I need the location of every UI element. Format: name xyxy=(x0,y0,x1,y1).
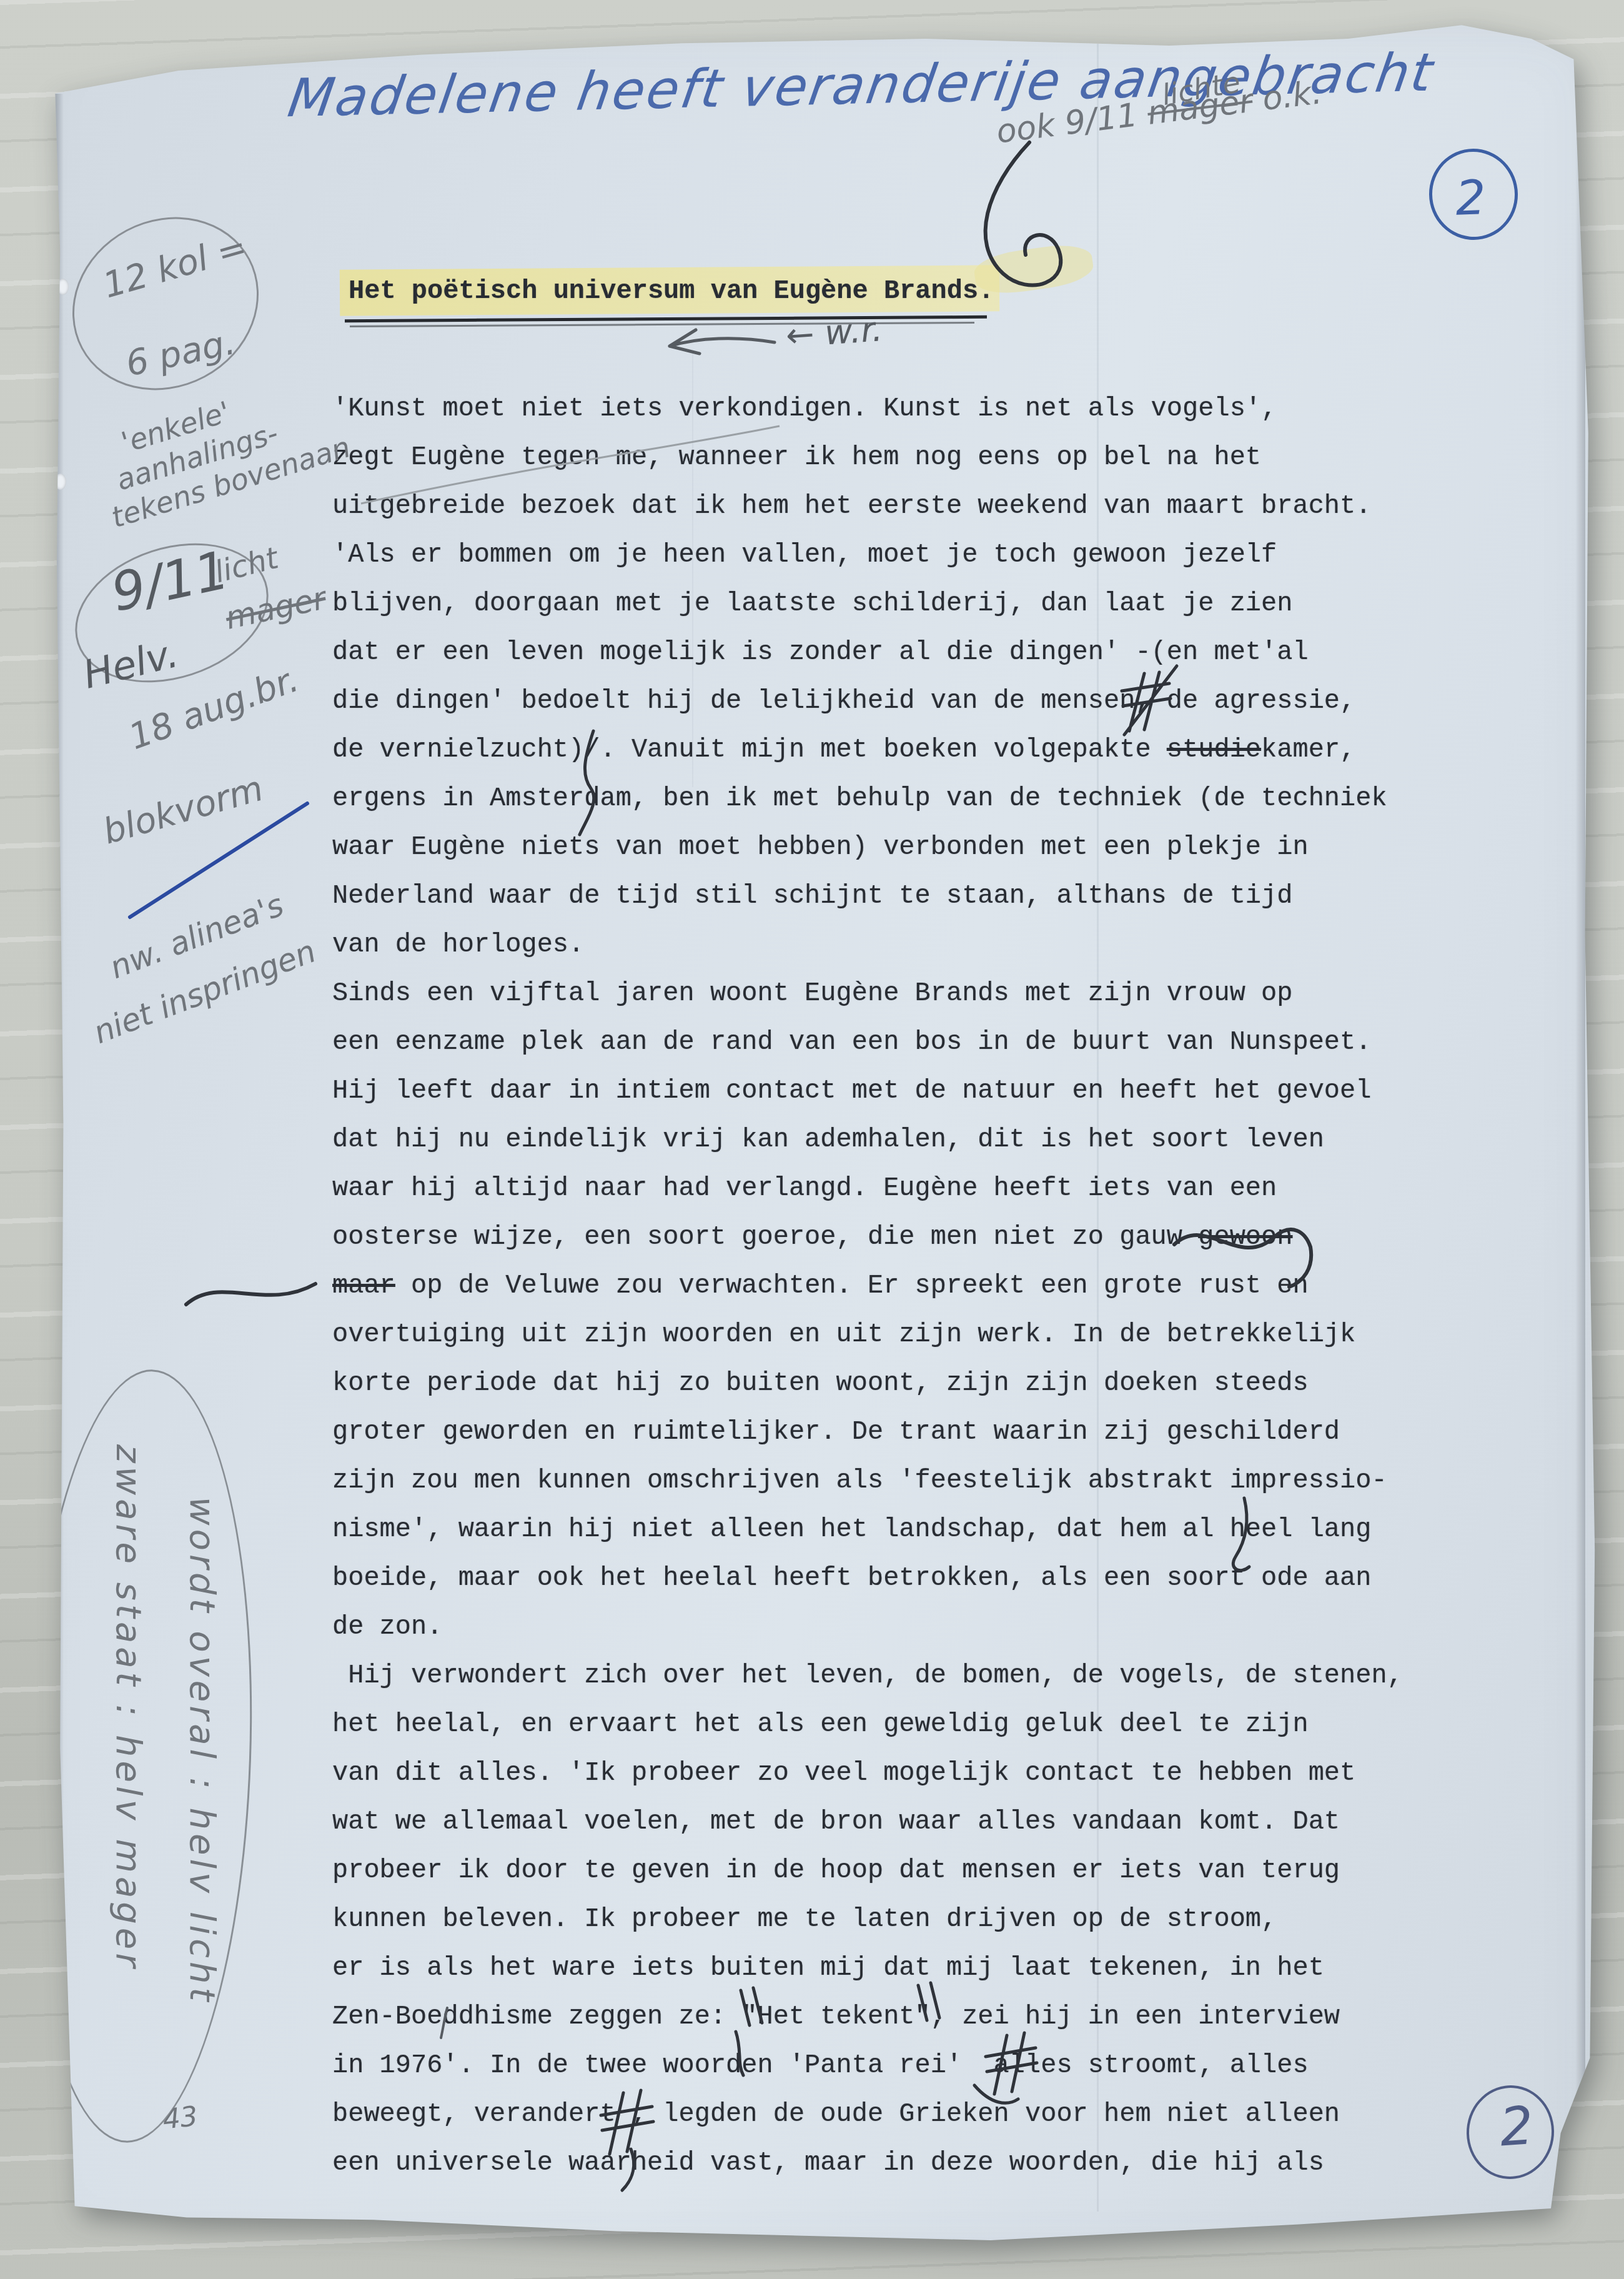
typed-line: kunnen beleven. Ik probeer me te laten d… xyxy=(332,1895,1403,1944)
margin-note-911: 9/11 xyxy=(106,539,234,623)
pencil-connector-line xyxy=(361,426,780,504)
typed-text: waar Eugène niets van moet hebben) verbo… xyxy=(332,832,1309,862)
margin-note-kol: 12 kol = xyxy=(99,227,252,307)
typed-line: Hij verwondert zich over het leven, de b… xyxy=(332,1651,1403,1700)
typed-text: beweegt, verandert , legden de oude Grie… xyxy=(332,2099,1340,2129)
wr-arrow xyxy=(670,330,775,354)
typed-line: de zon. xyxy=(332,1602,1403,1651)
typed-line: de vernielzucht)/. Vanuit mijn met boeke… xyxy=(332,725,1403,774)
typed-text: de zon. xyxy=(332,1612,442,1642)
typed-line: probeer ik door te geven in de hoop dat … xyxy=(332,1846,1403,1895)
typed-text: een universele waarheid vast, maar in de… xyxy=(332,2148,1324,2178)
typed-text: die dingen' bedoelt hij de lelijkheid va… xyxy=(332,686,1355,716)
pen-quotes-tekent xyxy=(736,1983,939,2075)
margin-note-licht: licht xyxy=(211,540,282,590)
typed-text: boeide, maar ook het heelal heeft betrok… xyxy=(332,1563,1371,1593)
typed-line: Zen-Boeddhisme zeggen ze: "Het tekent", … xyxy=(332,1992,1403,2041)
page-title: Het poëtisch universum van Eugène Brands… xyxy=(349,276,994,306)
typed-struck-word: studie xyxy=(1167,735,1261,765)
oval-annotation-outline xyxy=(14,1366,265,2147)
paper-sheet: Het poëtisch universum van Eugène Brands… xyxy=(0,0,1624,2279)
blue-line-blokvorm xyxy=(130,803,307,917)
typed-body: 'Kunst moet niet iets verkondigen. Kunst… xyxy=(332,384,1403,2187)
corner-number-43: 43 xyxy=(161,2100,199,2136)
typed-text: van dit alles. 'Ik probeer zo veel mogel… xyxy=(332,1758,1355,1788)
typed-struck-word: maar xyxy=(332,1271,395,1301)
typed-line: zegt Eugène tegen me, wanneer ik hem nog… xyxy=(332,433,1403,482)
typed-line: beweegt, verandert , legden de oude Grie… xyxy=(332,2090,1403,2138)
typed-line: uitgebreide bezoek dat ik hem het eerste… xyxy=(332,482,1403,530)
typed-line: er is als het ware iets buiten mij dat m… xyxy=(332,1944,1403,1992)
pen-mark-impressio xyxy=(1233,1498,1249,1571)
page-number-bottom: 2 xyxy=(1472,2079,1561,2173)
punch-hole xyxy=(55,474,66,490)
title-underline xyxy=(345,315,987,322)
pen-neq-line36 xyxy=(601,2090,653,2190)
nine11-ellipse xyxy=(57,520,286,706)
page-number-circle-bottom: 2 xyxy=(1463,2082,1557,2182)
typed-text: Zen-Boeddhisme zeggen ze: "Het tekent", … xyxy=(332,2002,1340,2032)
typed-text: de vernielzucht)/. Vanuit mijn met boeke… xyxy=(332,735,1167,765)
typed-text: ergens in Amsterdam, ben ik met behulp v… xyxy=(332,783,1387,813)
typed-line: oosterse wijze, een soort goeroe, die me… xyxy=(332,1213,1403,1261)
vertical-crease-line xyxy=(692,350,693,787)
typed-text: er is als het ware iets buiten mij dat m… xyxy=(332,1953,1324,1983)
typed-text: oosterse wijze, een soort goeroe, die me… xyxy=(332,1222,1198,1252)
margin-note-inspringen: niet inspringen xyxy=(89,933,320,1051)
typed-text: kunnen beleven. Ik probeer me te laten d… xyxy=(332,1904,1277,1934)
margin-note-lichte: lichte xyxy=(1159,65,1243,112)
typed-text: zijn zou men kunnen omschrijven als 'fee… xyxy=(332,1466,1387,1496)
margin-note-alinea: nw. alinea's xyxy=(105,886,289,986)
typed-line: Sinds een vijftal jaren woont Eugène Bra… xyxy=(332,969,1403,1018)
handwritten-top-note: Madelene heeft veranderije aangebracht xyxy=(284,41,1438,129)
typed-line: korte periode dat hij zo buiten woont, z… xyxy=(332,1359,1403,1408)
typed-text: 'Kunst moet niet iets verkondigen. Kunst… xyxy=(332,394,1277,424)
margin-note-mager: mager xyxy=(222,580,329,636)
pen-hash-line6 xyxy=(1122,666,1177,735)
typed-line: in 1976'. In de twee woorden 'Panta rei'… xyxy=(332,2041,1403,2090)
typed-struck-word: gewoon xyxy=(1198,1222,1292,1252)
paper-right-edge-shadow xyxy=(1575,50,1585,2174)
typed-line: 'Als er bommen om je heen vallen, moet j… xyxy=(332,530,1403,579)
kol-ellipse xyxy=(42,185,289,422)
typed-line: van dit alles. 'Ik probeer zo veel mogel… xyxy=(332,1749,1403,1797)
typed-line: het heelal, en ervaart het als een gewel… xyxy=(332,1700,1403,1749)
margin-note-augbr: 18 aug.br. xyxy=(124,659,304,758)
margin-note-blokvorm: blokvorm xyxy=(99,768,268,853)
manuscript-page: Het poëtisch universum van Eugène Brands… xyxy=(0,0,1624,2279)
typed-text: groter geworden en ruimtelijker. De tran… xyxy=(332,1417,1340,1447)
margin-note-pag: 6 pag. xyxy=(122,322,239,384)
typed-line: ergens in Amsterdam, ben ik met behulp v… xyxy=(332,774,1403,823)
margin-note-enkele: 'enkele' xyxy=(117,395,234,460)
ok-note-pre: ook 9/11 xyxy=(994,95,1150,151)
pen-slash-line8 xyxy=(580,731,594,835)
typed-text: nisme', waarin hij niet alleen het lands… xyxy=(332,1514,1371,1544)
pen-wave-gewoon xyxy=(1174,1229,1311,1287)
typed-line: die dingen' bedoelt hij de lelijkheid va… xyxy=(332,677,1403,725)
typed-text: Nederland waar de tijd stil schijnt te s… xyxy=(332,881,1292,911)
typed-text: zegt Eugène tegen me, wanneer ik hem nog… xyxy=(332,442,1261,472)
typed-line: waar Eugène niets van moet hebben) verbo… xyxy=(332,823,1403,871)
typed-text: korte periode dat hij zo buiten woont, z… xyxy=(332,1368,1309,1398)
typed-line: blijven, doorgaan met je laatste schilde… xyxy=(332,579,1403,628)
typed-text: Sinds een vijftal jaren woont Eugène Bra… xyxy=(332,978,1292,1008)
typed-line: dat hij nu eindelijk vrij kan ademhalen,… xyxy=(332,1115,1403,1164)
pen-wave-maar xyxy=(186,1284,315,1304)
typed-line: boeide, maar ook het heelal heeft betrok… xyxy=(332,1554,1403,1602)
typed-text: een eenzame plek aan de rand van een bos… xyxy=(332,1027,1371,1057)
page-number-circle-top: 2 xyxy=(1425,144,1522,244)
typed-line: Hij leeft daar in intiem contact met de … xyxy=(332,1066,1403,1115)
typed-text: kamer, xyxy=(1261,735,1355,765)
pencil-superscript-1976 xyxy=(441,2008,447,2038)
typed-text: uitgebreide bezoek dat ik hem het eerste… xyxy=(332,491,1371,521)
typed-text: overtuiging uit zijn woorden en uit zijn… xyxy=(332,1319,1355,1349)
margin-note-helv: Helv. xyxy=(79,630,182,698)
typed-line: waar hij altijd naar had verlangd. Eugèn… xyxy=(332,1164,1403,1213)
typed-text: 'Als er bommen om je heen vallen, moet j… xyxy=(332,540,1277,570)
margin-note-aanhalings: aanhalings- xyxy=(112,416,282,497)
vertical-fold-line xyxy=(1097,44,1099,2212)
typed-line: van de horloges. xyxy=(332,920,1403,969)
margin-note-wr: ← w.r. xyxy=(785,309,884,355)
pen-swash-title xyxy=(986,142,1061,285)
ink-marks-layer xyxy=(0,0,1624,2279)
ok-note-post: o.k. xyxy=(1250,74,1324,119)
typed-text: van de horloges. xyxy=(332,930,584,960)
typed-text: het heelal, en ervaart het als een gewel… xyxy=(332,1709,1309,1739)
typed-text: Hij verwondert zich over het leven, de b… xyxy=(332,1661,1403,1691)
typed-text: in 1976'. In de twee woorden 'Panta rei'… xyxy=(332,2050,1309,2080)
typed-line: maar op de Veluwe zou verwachten. Er spr… xyxy=(332,1261,1403,1310)
typed-text: dat hij nu eindelijk vrij kan ademhalen,… xyxy=(332,1125,1324,1154)
oval-note-line1: zware staat : helv mager xyxy=(108,1444,149,1971)
typed-line: wat we allemaal voelen, met de bron waar… xyxy=(332,1797,1403,1846)
margin-note-ok: ook 9/11 mager o.k. xyxy=(994,74,1324,151)
typed-line: groter geworden en ruimtelijker. De tran… xyxy=(332,1408,1403,1456)
punch-hole xyxy=(57,279,69,295)
typed-text: blijven, doorgaan met je laatste schilde… xyxy=(332,588,1292,618)
typed-text: probeer ik door te geven in de hoop dat … xyxy=(332,1855,1340,1885)
oval-note-line2: wordt overal : helv licht xyxy=(182,1497,222,2005)
typed-line: nisme', waarin hij niet alleen het lands… xyxy=(332,1505,1403,1554)
typed-line: zijn zou men kunnen omschrijven als 'fee… xyxy=(332,1456,1403,1505)
typed-text: wat we allemaal voelen, met de bron waar… xyxy=(332,1807,1340,1837)
title-highlight xyxy=(340,265,999,315)
typed-line: overtuiging uit zijn woorden en uit zijn… xyxy=(332,1310,1403,1359)
typed-line: Nederland waar de tijd stil schijnt te s… xyxy=(332,871,1403,920)
title-underline-2 xyxy=(350,322,974,327)
typed-text: op de Veluwe zou verwachten. Er spreekt … xyxy=(395,1271,1309,1301)
page-number-top: 2 xyxy=(1428,154,1513,242)
typed-line: een eenzame plek aan de rand van een bos… xyxy=(332,1018,1403,1066)
title-highlight-tail xyxy=(972,241,1095,298)
margin-note-tekens: tekens bovenaan xyxy=(107,430,354,535)
typed-line: dat er een leven mogelijk is zonder al d… xyxy=(332,628,1403,677)
typed-line: een universele waarheid vast, maar in de… xyxy=(332,2138,1403,2187)
pen-neq-line35 xyxy=(974,2033,1037,2103)
typed-text: dat er een leven mogelijk is zonder al d… xyxy=(332,637,1309,667)
ok-note-struck: mager xyxy=(1146,82,1255,132)
typed-text: waar hij altijd naar had verlangd. Eugèn… xyxy=(332,1173,1277,1203)
typed-line: 'Kunst moet niet iets verkondigen. Kunst… xyxy=(332,384,1403,433)
typed-text: Hij leeft daar in intiem contact met de … xyxy=(332,1076,1371,1106)
paper-left-edge-shadow xyxy=(54,94,64,2212)
